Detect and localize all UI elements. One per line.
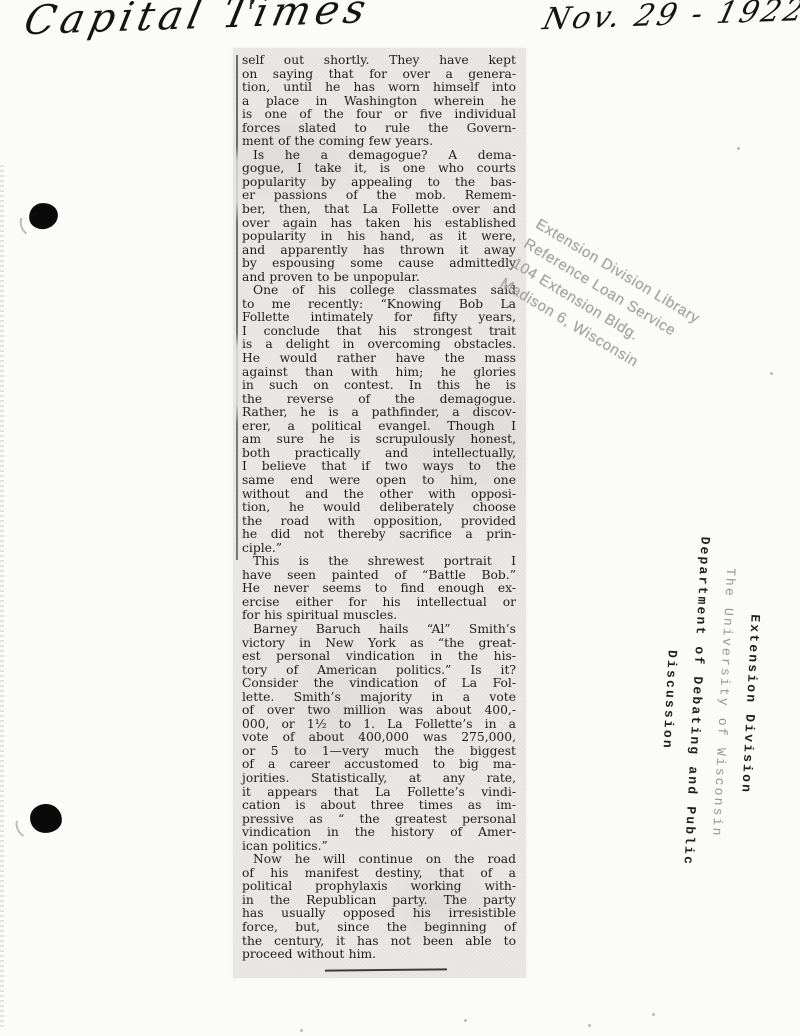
article-line: self out shortly. They have kept <box>242 54 516 68</box>
article-line: of his manifest destiny, that of a <box>242 867 516 881</box>
scan-speck <box>737 147 740 150</box>
article-line: ment of the coming few years. <box>242 135 516 149</box>
article-line: er passions of the mob. Remem- <box>242 189 516 203</box>
article-line: forces slated to rule the Govern- <box>242 122 516 136</box>
article-line: same end were open to him, one <box>242 474 516 488</box>
article-line: in such on contest. In this he is <box>242 379 516 393</box>
article-line: the reverse of the demagogue. <box>242 393 516 407</box>
article-line: This is the shrewest portrait I <box>242 555 516 569</box>
article-line: political prophylaxis working with- <box>242 880 516 894</box>
article-line: vote of about 400,000 was 275,000, <box>242 731 516 745</box>
article-line: to me recently: “Knowing Bob La <box>242 298 516 312</box>
scan-edge-streak <box>0 165 4 1030</box>
article-line: against than with him; he glories <box>242 366 516 380</box>
article-line: ber, then, that La Follette over and <box>242 203 516 217</box>
article-line: is a delight in overcoming obstacles. <box>242 338 516 352</box>
article-line: a place in Washington wherein he <box>242 95 516 109</box>
scan-speck <box>588 1024 591 1027</box>
article: self out shortly. They have kepton sayin… <box>242 54 516 962</box>
article-line: he did not thereby sacrifice a prin- <box>242 528 516 542</box>
article-line: Is he a demagogue? A dema- <box>242 149 516 163</box>
scan-speck <box>770 372 773 375</box>
article-line: est personal vindication in the his- <box>242 650 516 664</box>
article-line: ercise either for his intellectual or <box>242 596 516 610</box>
article-line: or 5 to 1—very much the biggest <box>242 745 516 759</box>
article-line: popularity in his hand, as it were, <box>242 230 516 244</box>
article-line: ican politics.” <box>242 840 516 854</box>
article-line: and proven to be unpopular. <box>242 271 516 285</box>
scan-speck <box>652 1013 655 1016</box>
article-line: force, but, since the beginning of <box>242 921 516 935</box>
article-line: for his spiritual muscles. <box>242 609 516 623</box>
article-line: on saying that for over a genera- <box>242 68 516 82</box>
article-line: by espousing some cause admittedly <box>242 257 516 271</box>
article-line: of over two million was about 400,- <box>242 704 516 718</box>
article-line: tion, he would deliberately choose <box>242 501 516 515</box>
handwritten-date: Nov. 29 - 1922 <box>539 0 800 37</box>
article-line: victory in New York as “the great- <box>242 637 516 651</box>
column-rule <box>236 55 238 560</box>
scan-speck <box>300 1029 303 1032</box>
article-line: Barney Baruch hails “Al” Smith’s <box>242 623 516 637</box>
article-line: 000, or 1½ to 1. La Follette’s in a <box>242 718 516 732</box>
article-line: is one of the four or five individual <box>242 108 516 122</box>
article-line: popularity by appealing to the bas- <box>242 176 516 190</box>
article-line: have seen painted of “Battle Bob.” <box>242 569 516 583</box>
university-stamp-vertical: Extension DivisionThe University of Wisc… <box>643 527 773 877</box>
scanned-page: { "handwriting": { "title": "Capital Tim… <box>0 0 800 1036</box>
article-line: gogue, I take it, is one who courts <box>242 162 516 176</box>
article-line: without and the other with opposi- <box>242 488 516 502</box>
article-line: am sure he is scrupulously honest, <box>242 433 516 447</box>
library-stamp-diagonal: Extension Division LibraryReference Loan… <box>496 213 705 389</box>
article-line: He would rather have the mass <box>242 352 516 366</box>
article-line: I conclude that his strongest trait <box>242 325 516 339</box>
article-line: of a career accustomed to big ma- <box>242 758 516 772</box>
article-line: I believe that if two ways to the <box>242 460 516 474</box>
article-line: proceed without him. <box>242 948 516 962</box>
article-line: jorities. Statistically, at any rate, <box>242 772 516 786</box>
article-line: the road with opposition, provided <box>242 515 516 529</box>
article-line: ciple.” <box>242 542 516 556</box>
article-line: Follette intimately for fifty years, <box>242 311 516 325</box>
handwritten-title: Capital Times <box>20 0 375 44</box>
article-line: Rather, he is a pathfinder, a discov- <box>242 406 516 420</box>
article-end-rule <box>325 968 447 971</box>
article-line: tory of American politics.” Is it? <box>242 664 516 678</box>
article-line: pressive as “ the greatest personal <box>242 813 516 827</box>
article-line: it appears that La Follette’s vindi- <box>242 786 516 800</box>
article-line: both practically and intellectually, <box>242 447 516 461</box>
article-line: has usually opposed his irresistible <box>242 907 516 921</box>
article-line: in the Republican party. The party <box>242 894 516 908</box>
article-line: tion, until he has worn himself into <box>242 81 516 95</box>
article-line: Consider the vindication of La Fol- <box>242 677 516 691</box>
article-line: Now he will continue on the road <box>242 853 516 867</box>
article-line: lette. Smith’s majority in a vote <box>242 691 516 705</box>
scan-speck <box>464 1019 467 1022</box>
article-line: over again has taken his established <box>242 217 516 231</box>
article-line: erer, a political evangel. Though I <box>242 420 516 434</box>
article-line: vindication in the history of Amer- <box>242 826 516 840</box>
article-line: cation is about three times as im- <box>242 799 516 813</box>
article-line: the century, it has not been able to <box>242 935 516 949</box>
newspaper-clipping: self out shortly. They have kepton sayin… <box>233 48 526 978</box>
article-line: and apparently has thrown it away <box>242 244 516 258</box>
article-line: He never seems to find enough ex- <box>242 582 516 596</box>
article-line: One of his college classmates said <box>242 284 516 298</box>
